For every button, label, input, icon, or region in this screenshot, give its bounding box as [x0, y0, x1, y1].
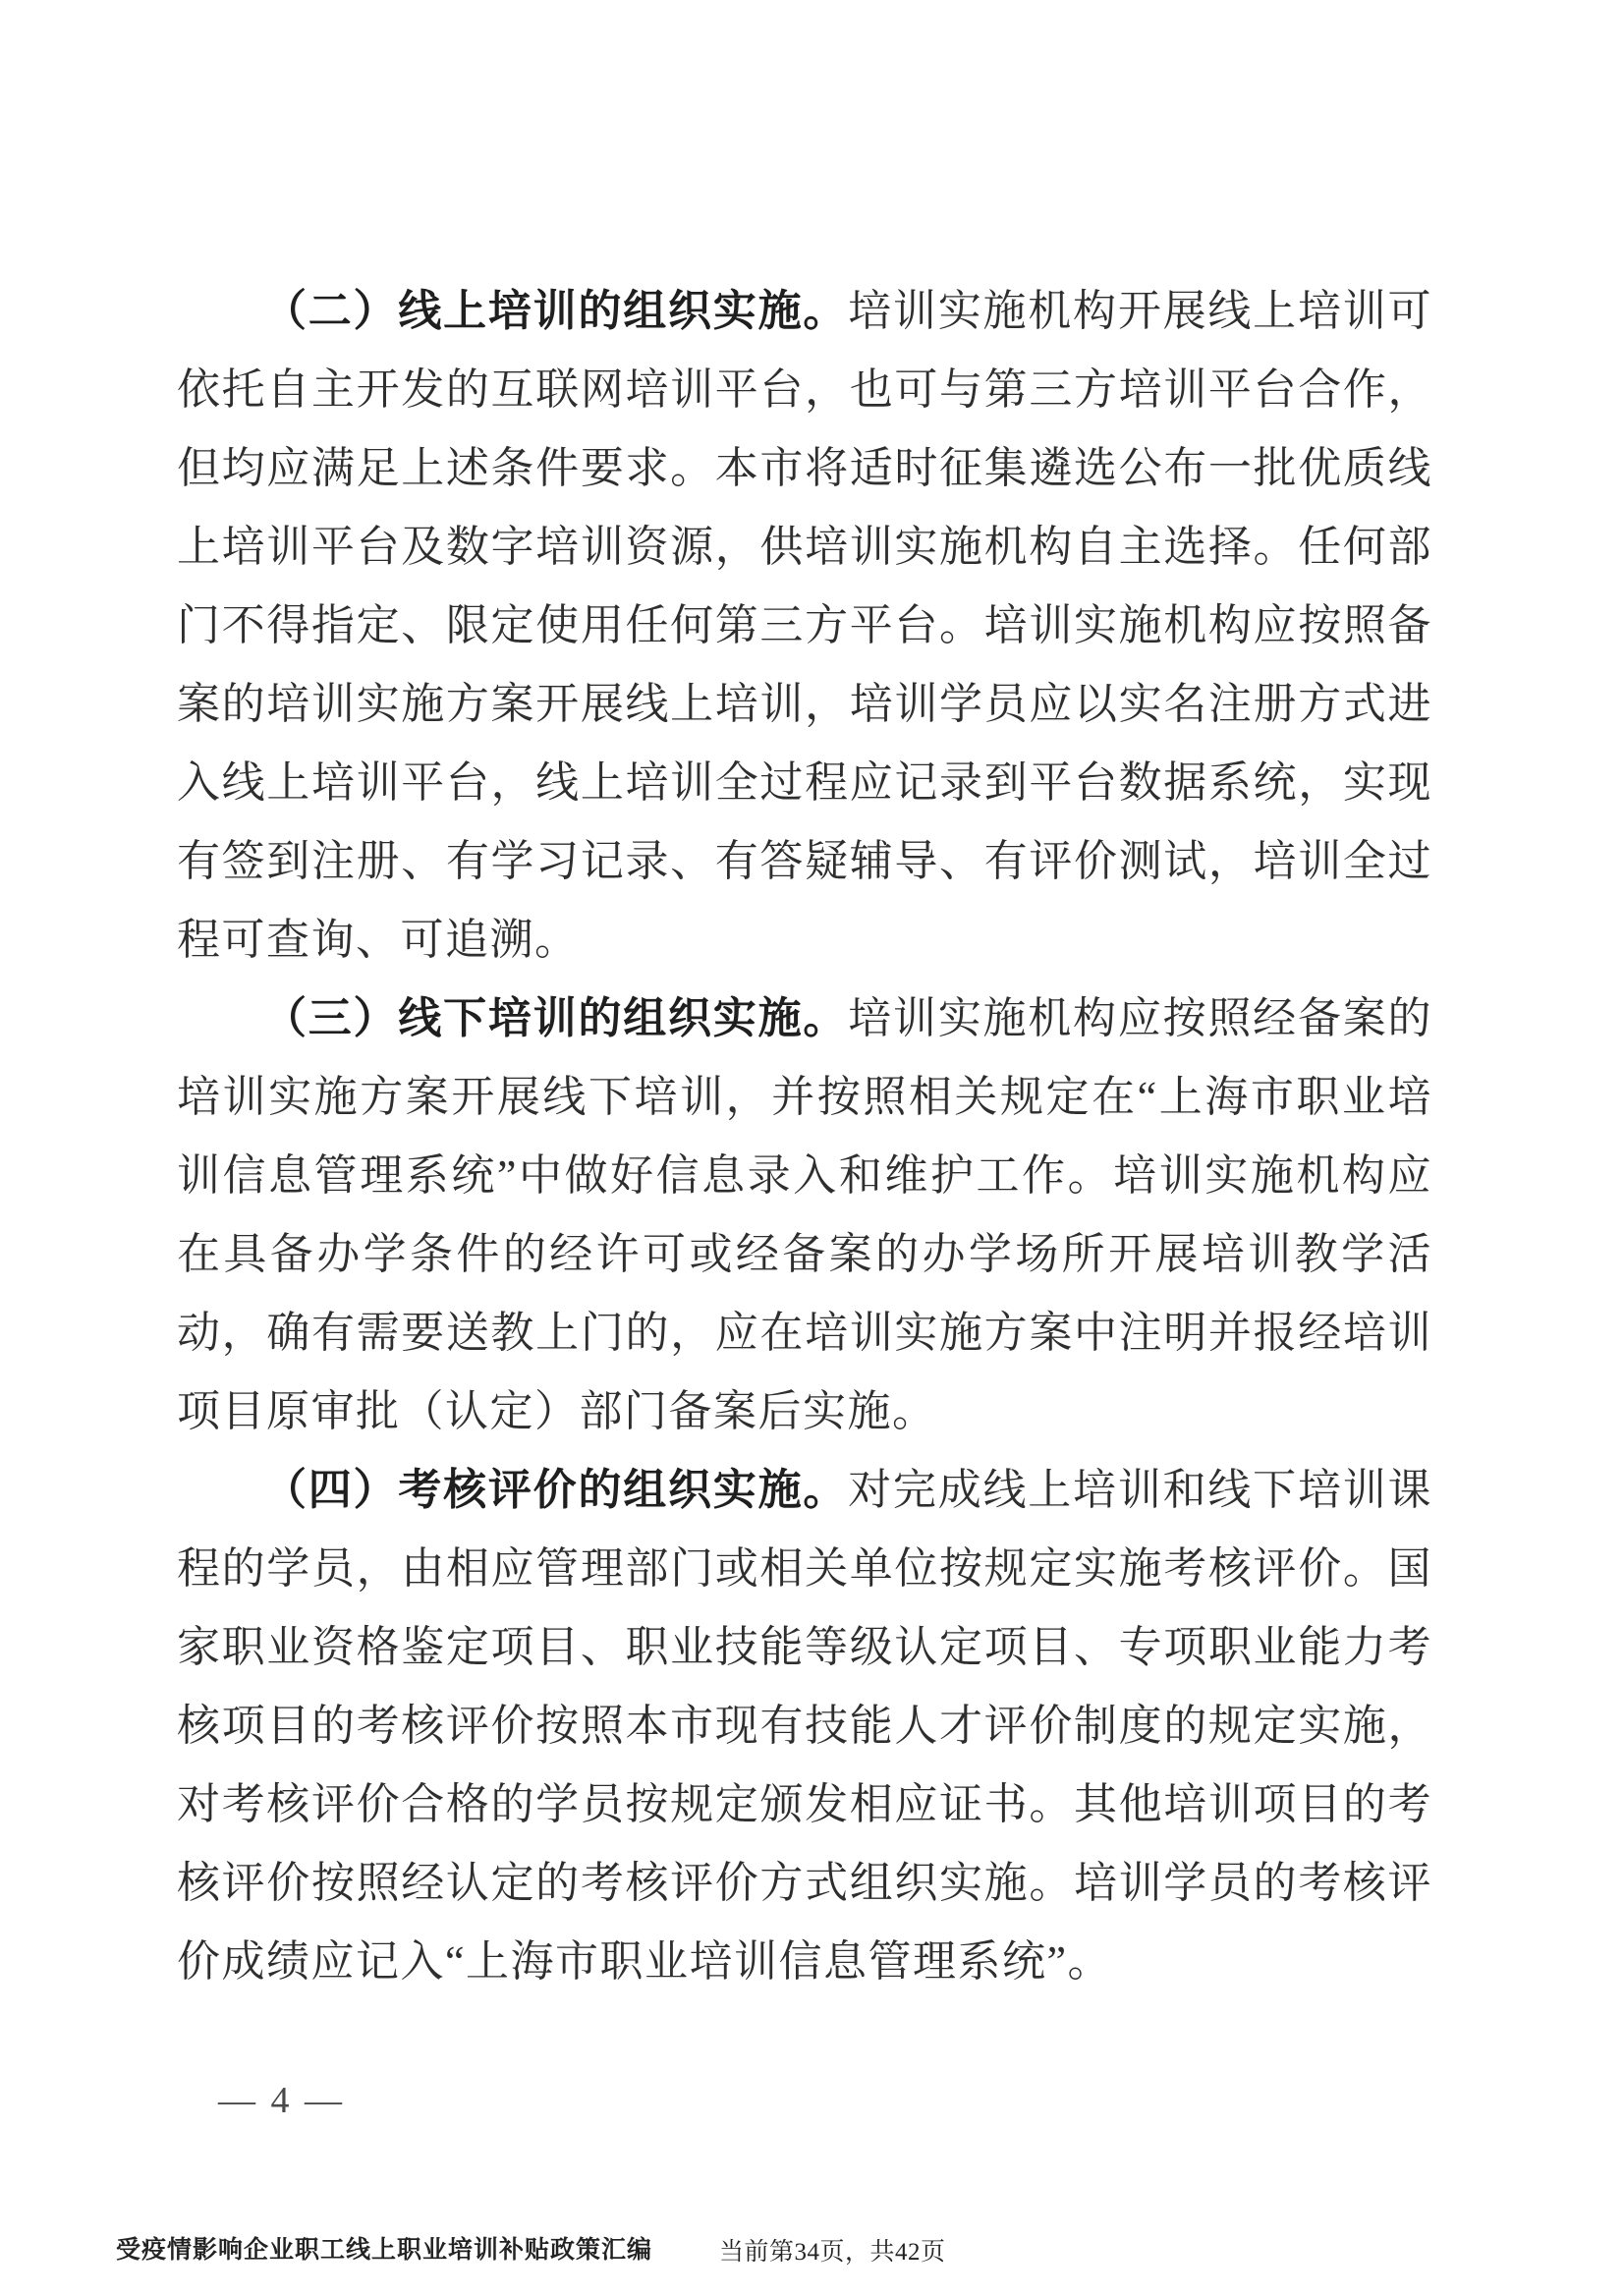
footer-pagination: 当前第34页，共42页 — [719, 2232, 946, 2268]
paragraph-offline-training: （三）线下培训的组织实施。培训实施机构应按照经备案的培训实施方案开展线下培训，并… — [177, 980, 1432, 1451]
section-heading-4: （四）考核评价的组织实施。 — [263, 1466, 848, 1514]
document-page: （二）线上培训的组织实施。培训实施机构开展线上培训可依托自主开发的互联网培训平台… — [0, 0, 1624, 2296]
paragraph-online-training: （二）线上培训的组织实施。培训实施机构开展线上培训可依托自主开发的互联网培训平台… — [177, 272, 1432, 980]
paragraph-text: 培训实施机构开展线上培训可依托自主开发的互联网培训平台，也可与第三方培训平台合作… — [177, 287, 1432, 964]
paragraph-text: 对完成线上培训和线下培训课程的学员，由相应管理部门或相关单位按规定实施考核评价。… — [177, 1466, 1432, 1986]
paragraph-assessment-evaluation: （四）考核评价的组织实施。对完成线上培训和线下培训课程的学员，由相应管理部门或相… — [177, 1451, 1432, 2001]
section-heading-3: （三）线下培训的组织实施。 — [263, 994, 848, 1042]
page-number: — 4 — — [218, 2079, 345, 2122]
footer-document-title: 受疫情影响企业职工线上职业培训补贴政策汇编 — [116, 2230, 652, 2266]
paragraph-text: 培训实施机构应按照经备案的培训实施方案开展线下培训，并按照相关规定在“上海市职业… — [177, 994, 1432, 1435]
document-body: （二）线上培训的组织实施。培训实施机构开展线上培训可依托自主开发的互联网培训平台… — [177, 272, 1432, 2001]
section-heading-2: （二）线上培训的组织实施。 — [263, 287, 848, 335]
